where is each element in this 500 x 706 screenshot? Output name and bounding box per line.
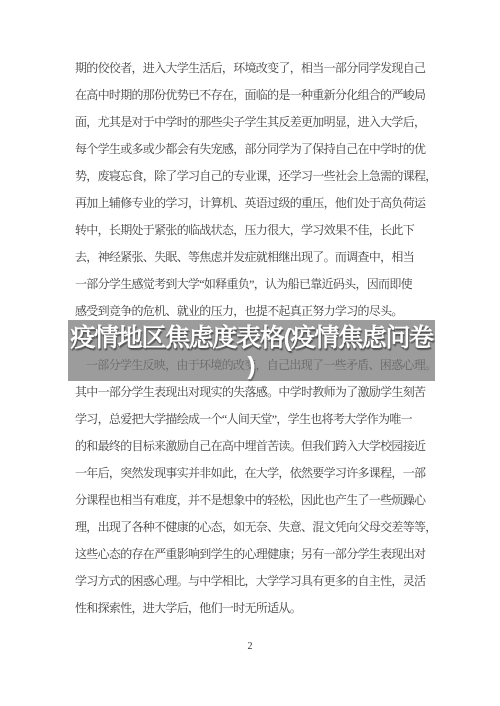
text-line: 势，废寝忘食，除了学习自己的专业课，还学习一些社会上急需的课程， (75, 163, 431, 190)
text-line: 的和最终的目标来激励自己在高中埋首苦读。但我们跨入大学校园接近 (75, 433, 431, 460)
banner-title-line1: 疫情地区焦虑度表格(疫情焦虑问卷 (68, 323, 435, 353)
text-line: 这些心态的存在严重影响到学生的心理健康；另有一部分学生表现出对 (75, 541, 431, 568)
text-line: 转中，长期处于紧张的临战状态，压力很大，学习效果不佳，长此下 (75, 217, 431, 244)
text-line: 其中一部分学生表现出对现实的失落感。中学时教师为了激励学生刻苦 (75, 379, 431, 406)
text-line: 每个学生或多或少都会有失宠感，部分同学为了保持自己在中学时的优 (75, 136, 431, 163)
text-line: 在高中时期的那份优势已不存在，面临的是一种重新分化组合的严峻局 (75, 82, 431, 109)
text-line: 理，出现了各种不健康的心态，如无奈、失意、混文凭向父母交差等等， (75, 514, 431, 541)
text-line: 去，神经紧张、失眠、等焦虑并发症就相继出现了。而调查中，相当 (75, 244, 431, 271)
banner-title-line2: ) (68, 353, 435, 379)
text-line: 再加上辅修专业的学习，计算机、英语过级的重压，他们处于高负荷运 (75, 190, 431, 217)
text-line: 一年后，突然发现事实并非如此，在大学，依然要学习许多课程，一部 (75, 460, 431, 487)
text-line: 面，尤其是对于中学时的那些尖子学生其反差更加明显，进入大学后， (75, 109, 431, 136)
page-number: 2 (0, 641, 500, 652)
text-line: 学习方式的困惑心理。与中学相比，大学学习具有更多的自主性，灵活 (75, 568, 431, 595)
text-line: 性和探索性，进大学后，他们一时无所适从。 (75, 595, 431, 622)
text-line: 一部分学生感觉考到大学“如释重负”，认为船已靠近码头，因而即使 (75, 271, 431, 298)
title-banner: 疫情地区焦虑度表格(疫情焦虑问卷 ) (68, 320, 435, 381)
text-line: 分课程也相当有难度，并不是想象中的轻松，因此也产生了一些烦躁心 (75, 487, 431, 514)
document-page: 期的佼佼者，进入大学生活后，环境改变了，相当一部分同学发现自己 在高中时期的那份… (0, 0, 500, 706)
text-line: 学习，总爱把大学描绘成一个“人间天堂”，学生也将考大学作为唯一 (75, 406, 431, 433)
text-line: 期的佼佼者，进入大学生活后，环境改变了，相当一部分同学发现自己 (75, 55, 431, 82)
